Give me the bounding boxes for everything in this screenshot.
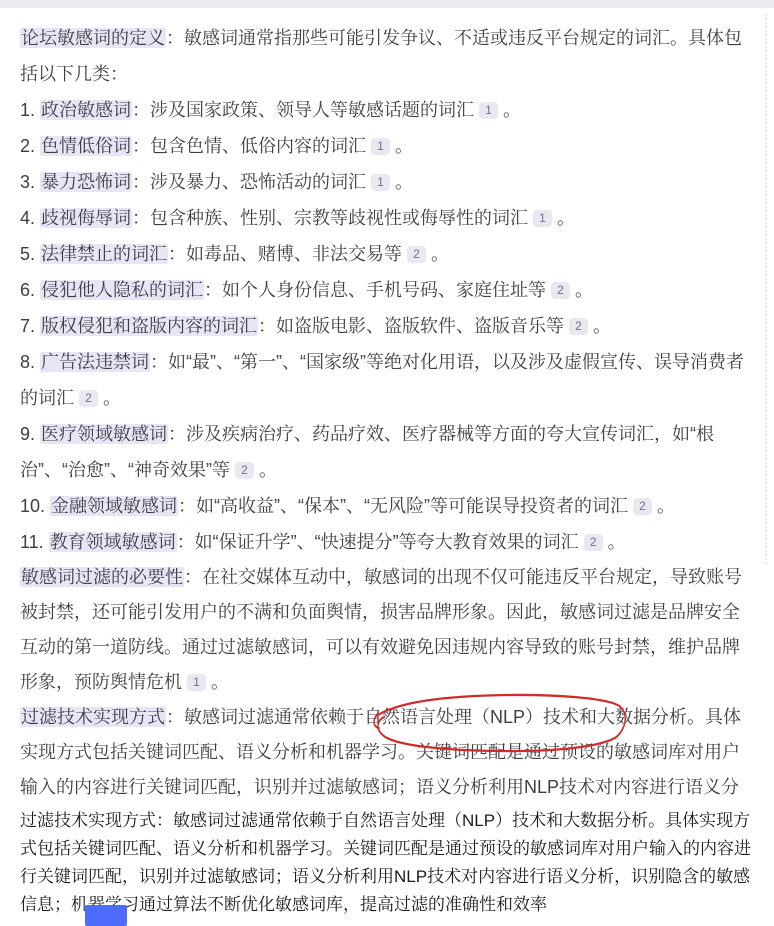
item-number: 5.: [20, 244, 40, 264]
necessity-paragraph: 敏感词过滤的必要性：在社交媒体互动中，敏感词的出现不仅可能违反平台规定，导致账号…: [20, 560, 756, 700]
list-item-7: 7. 版权侵犯和盗版内容的词汇：如盗版电影、盗版软件、盗版音乐等2。: [20, 308, 756, 344]
citation-badge[interactable]: 1: [533, 210, 552, 227]
tech-paragraph-sharp: 过滤技术实现方式：敏感词过滤通常依赖于自然语言处理（NLP）技术和大数据分析。具…: [20, 807, 756, 919]
item-number: 4.: [20, 208, 40, 228]
item-desc: ：如盗版电影、盗版软件、盗版音乐等: [258, 316, 564, 336]
necessity-term-highlight: 敏感词过滤的必要性: [20, 567, 184, 587]
item-desc: ：如“保证升学”、“快速提分”等夸大教育效果的词汇: [177, 532, 579, 552]
list-item-11: 11. 教育领域敏感词：如“保证升学”、“快速提分”等夸大教育效果的词汇2。: [20, 524, 756, 560]
citation-badge[interactable]: 2: [633, 498, 652, 515]
citation-badge[interactable]: 1: [371, 138, 390, 155]
item-period: 。: [657, 496, 675, 516]
item-number: 6.: [20, 280, 40, 300]
list-item-4: 4. 歧视侮辱词：包含种族、性别、宗教等歧视性或侮辱性的词汇1。: [20, 200, 756, 236]
item-number: 1.: [20, 100, 40, 120]
item-period: 。: [431, 244, 449, 264]
item-desc: ：如个人身份信息、手机号码、家庭住址等: [204, 280, 546, 300]
citation-badge[interactable]: 2: [79, 390, 98, 407]
item-desc: ：涉及国家政策、领导人等敏感话题的词汇: [132, 100, 474, 120]
item-period: 。: [103, 388, 121, 408]
item-term-highlight: 侵犯他人隐私的词汇: [40, 280, 204, 300]
item-desc: ：如“高收益”、“保本”、“无风险”等可能误导投资者的词汇: [178, 496, 628, 516]
item-term-highlight: 教育领域敏感词: [49, 532, 177, 552]
item-period: 。: [503, 100, 521, 120]
citation-badge[interactable]: 2: [584, 534, 603, 551]
item-period: 。: [557, 208, 575, 228]
item-number: 9.: [20, 424, 40, 444]
item-term-highlight: 金融领域敏感词: [50, 496, 178, 516]
item-number: 10.: [20, 496, 50, 516]
item-desc: ：包含种族、性别、宗教等歧视性或侮辱性的词汇: [132, 208, 528, 228]
item-period: 。: [259, 460, 277, 480]
citation-badge[interactable]: 2: [569, 318, 588, 335]
streaming-cursor: [85, 905, 127, 926]
item-period: 。: [395, 136, 413, 156]
list-item-5: 5. 法律禁止的词汇：如毒品、赌博、非法交易等2。: [20, 236, 756, 272]
item-term-highlight: 医疗领域敏感词: [40, 424, 168, 444]
container-top-edge: [0, 0, 774, 8]
item-period: 。: [395, 172, 413, 192]
citation-badge[interactable]: 1: [479, 102, 498, 119]
item-period: 。: [211, 672, 229, 692]
item-term-highlight: 政治敏感词: [40, 100, 132, 120]
item-term-highlight: 暴力恐怖词: [40, 172, 132, 192]
tech-text-before: ：敏感词过滤通常依赖于: [166, 707, 364, 727]
citation-badge[interactable]: 2: [407, 246, 426, 263]
item-number: 11.: [20, 532, 49, 552]
item-number: 3.: [20, 172, 40, 192]
intro-term-highlight: 论坛敏感词的定义: [20, 28, 166, 48]
item-period: 。: [608, 532, 626, 552]
list-item-1: 1. 政治敏感词：涉及国家政策、领导人等敏感话题的词汇1。: [20, 92, 756, 128]
intro-paragraph: 论坛敏感词的定义：敏感词通常指那些可能引发争议、不适或违反平台规定的词汇。具体包…: [20, 20, 756, 92]
list-item-3: 3. 暴力恐怖词：涉及暴力、恐怖活动的词汇1。: [20, 164, 756, 200]
citation-badge[interactable]: 2: [235, 462, 254, 479]
circled-text: 自然语言处理（NLP）技术和大: [364, 707, 615, 727]
item-term-highlight: 版权侵犯和盗版内容的词汇: [40, 316, 258, 336]
list-item-10: 10. 金融领域敏感词：如“高收益”、“保本”、“无风险”等可能误导投资者的词汇…: [20, 488, 756, 524]
list-item-2: 2. 色情低俗词：包含色情、低俗内容的词汇1。: [20, 128, 756, 164]
tech-paragraph-blurry: 过滤技术实现方式：敏感词过滤通常依赖于自然语言处理（NLP）技术和大数据分析。具…: [20, 700, 756, 805]
tech-term-highlight: 过滤技术实现方式: [20, 707, 166, 727]
item-period: 。: [593, 316, 611, 336]
citation-badge[interactable]: 1: [187, 674, 206, 691]
list-item-9: 9. 医疗领域敏感词：涉及疾病治疗、药品疗效、医疗器械等方面的夸大宣传词汇，如“…: [20, 416, 756, 488]
citation-badge[interactable]: 2: [551, 282, 570, 299]
item-number: 2.: [20, 136, 40, 156]
item-number: 7.: [20, 316, 40, 336]
item-term-highlight: 法律禁止的词汇: [40, 244, 168, 264]
item-period: 。: [575, 280, 593, 300]
item-desc: ：包含色情、低俗内容的词汇: [132, 136, 366, 156]
item-term-highlight: 色情低俗词: [40, 136, 132, 156]
item-term-highlight: 广告法违禁词: [40, 352, 150, 372]
document-body: 论坛敏感词的定义：敏感词通常指那些可能引发争议、不适或违反平台规定的词汇。具体包…: [0, 8, 774, 919]
item-number: 8.: [20, 352, 40, 372]
item-desc: ：涉及暴力、恐怖活动的词汇: [132, 172, 366, 192]
item-desc: ：如毒品、赌博、非法交易等: [168, 244, 402, 264]
item-term-highlight: 歧视侮辱词: [40, 208, 132, 228]
list-item-6: 6. 侵犯他人隐私的词汇：如个人身份信息、手机号码、家庭住址等2。: [20, 272, 756, 308]
citation-badge[interactable]: 1: [371, 174, 390, 191]
tech-circled-text: 自然语言处理（NLP）技术和大: [364, 707, 615, 727]
list-item-8: 8. 广告法违禁词：如“最”、“第一”、“国家级”等绝对化用语，以及涉及虚假宣传…: [20, 344, 756, 416]
